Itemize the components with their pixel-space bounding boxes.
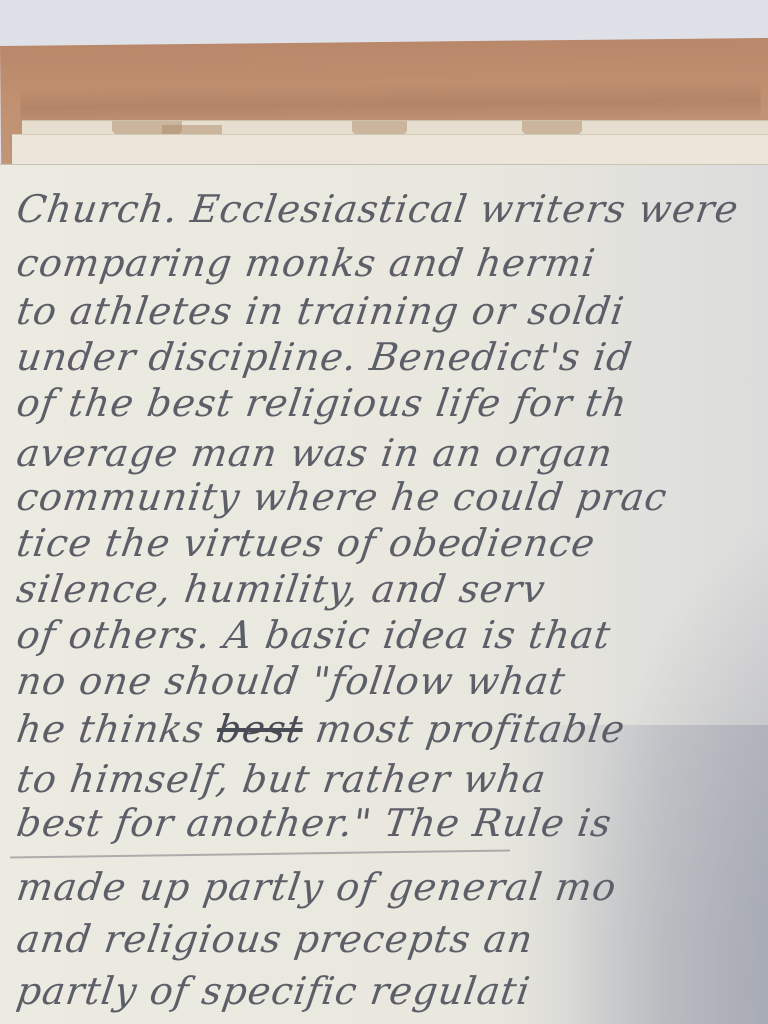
- text-line: tice the virtues of obedience: [14, 521, 598, 565]
- text-line: community where he could prac: [14, 475, 670, 519]
- manuscript-page: Church. Ecclesiastical writers were comp…: [0, 164, 768, 1024]
- photo-scene: Church. Ecclesiastical writers were comp…: [0, 0, 768, 1024]
- text-line: partly of specific regulati: [14, 969, 533, 1013]
- text-line: average man was in an organ: [14, 431, 616, 475]
- text-line: silence, humility, and serv: [14, 567, 548, 611]
- pencil-underline: [10, 850, 510, 859]
- text-line: under discipline. Benedict's id: [14, 335, 635, 379]
- text-line: and religious precepts an: [14, 917, 536, 961]
- struck-word: best: [214, 707, 306, 751]
- text-line: comparing monks and hermi: [14, 241, 598, 285]
- text-line: he thinks best most profitable: [14, 707, 628, 751]
- text-line: to athletes in training or soldi: [14, 289, 627, 333]
- text-line: no one should "follow what: [14, 659, 569, 703]
- handwritten-text: Church. Ecclesiastical writers were comp…: [0, 165, 768, 1024]
- text-line: to himself, but rather wha: [14, 757, 549, 801]
- text-fragment: he thinks: [14, 707, 207, 751]
- text-line: made up partly of general mo: [14, 865, 620, 909]
- text-line: Church. Ecclesiastical writers were: [14, 187, 742, 231]
- text-line: of the best religious life for th: [14, 381, 630, 425]
- text-line: best for another." The Rule is: [14, 801, 615, 845]
- text-line: of others. A basic idea is that: [14, 613, 614, 657]
- text-fragment: most profitable: [313, 707, 628, 751]
